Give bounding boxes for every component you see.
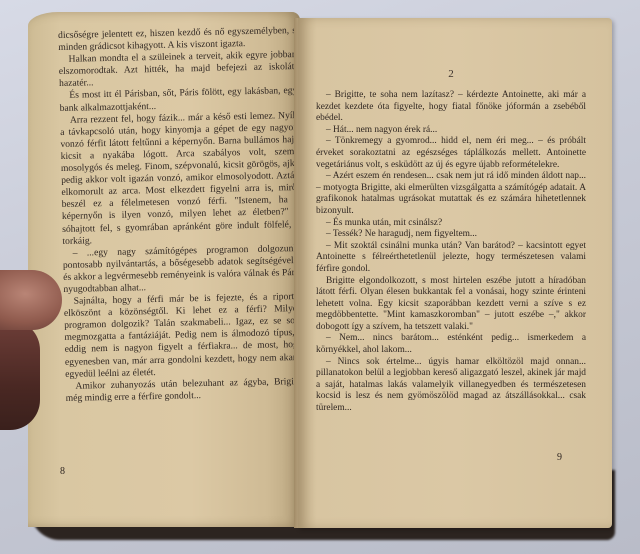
- paragraph: – Tessék? Ne haragudj, nem figyeltem...: [316, 229, 586, 241]
- paragraph: Amikor zuhanyozás után belezuhant az ágy…: [65, 376, 303, 405]
- paragraph: Halkan mondta el a szüleinek a terveit, …: [59, 49, 298, 90]
- paragraph: – Tönkremegy a gyomrod... hidd el, nem é…: [316, 136, 586, 171]
- paragraph: – És munka után, mit csinálsz?: [316, 218, 586, 230]
- page-number-left: 8: [60, 466, 65, 477]
- hand: [0, 320, 40, 430]
- chapter-number: 2: [316, 68, 586, 80]
- paragraph: Brigitte elgondolkozott, s most hirtelen…: [316, 276, 586, 334]
- paragraph: – Hát... nem nagyon érek rá...: [316, 125, 586, 137]
- paragraph: – Mit szoktál csinálni munka után? Van b…: [316, 241, 586, 276]
- paragraph: – ...egy nagy számítógépes programon dol…: [63, 243, 302, 296]
- thumb: [0, 270, 62, 330]
- right-page-text: – Brigitte, te soha nem lazítasz? – kérd…: [316, 90, 586, 415]
- left-page-text: dicsőségre jelentett ez, hiszen kezdő és…: [58, 25, 304, 405]
- right-page: 2 – Brigitte, te soha nem lazítasz? – ké…: [298, 18, 612, 528]
- paragraph: Sajnálta, hogy a férfi már be is fejezte…: [64, 291, 304, 381]
- paragraph: – Nincs sok értelme... úgyis hamar elköl…: [316, 357, 586, 415]
- paragraph: – Nem... nincs barátom... esténként pedi…: [316, 333, 586, 356]
- paragraph: – Brigitte, te soha nem lazítasz? – kérd…: [316, 90, 586, 125]
- paragraph: – Azért eszem én rendesen... csak nem ju…: [316, 171, 586, 217]
- left-page: dicsőségre jelentett ez, hiszen kezdő és…: [28, 12, 300, 527]
- page-number-right: 9: [557, 452, 562, 463]
- paragraph: Arra rezzent fel, hogy fázik... már a ké…: [60, 110, 301, 248]
